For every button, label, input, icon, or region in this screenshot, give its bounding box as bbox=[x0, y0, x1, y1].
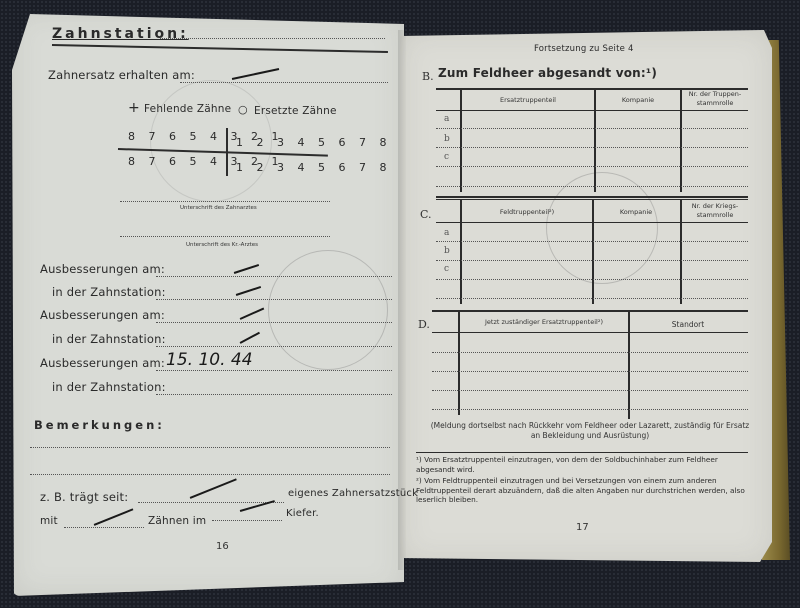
col-header-kompanie: Kompanie bbox=[596, 96, 680, 105]
table-row-a[interactable] bbox=[436, 241, 748, 242]
repair-1-field[interactable] bbox=[156, 276, 392, 277]
section-d-note: (Meldung dortselbst nach Rückkehr vom Fe… bbox=[430, 421, 750, 441]
lower-right-teeth: 1 2 3 4 5 6 7 8 bbox=[236, 161, 391, 174]
table-row-a[interactable] bbox=[436, 128, 748, 129]
table-row-extra[interactable] bbox=[436, 298, 748, 299]
section-d-letter: D. bbox=[418, 318, 430, 331]
table-row-extra[interactable] bbox=[436, 186, 748, 187]
col-header-ersatztruppenteil: Jetzt zuständiger Ersatztruppenteil²) bbox=[460, 318, 628, 327]
faint-stamp-circle bbox=[546, 172, 658, 284]
table-row-c[interactable] bbox=[436, 279, 748, 280]
dental-replacement-field[interactable] bbox=[180, 82, 388, 83]
remarks-line-2[interactable] bbox=[30, 474, 390, 475]
repair-4-label: in der Zahnstation: bbox=[52, 332, 166, 346]
table-bottom-rule bbox=[436, 196, 748, 198]
teeth-in-label: Zähnen im bbox=[148, 515, 206, 527]
row-label-b: b bbox=[444, 246, 450, 256]
row-label-c: c bbox=[444, 264, 449, 274]
repair-3-field[interactable] bbox=[156, 322, 392, 323]
footnote-1: ¹) Vom Ersatztruppenteil einzutragen, vo… bbox=[416, 455, 754, 474]
repair-2-field[interactable] bbox=[156, 299, 392, 300]
repair-6-field[interactable] bbox=[156, 394, 392, 395]
repair-3-label: Ausbesserungen am: bbox=[40, 308, 165, 322]
dental-replacement-label: Zahnersatz erhalten am: bbox=[48, 68, 195, 82]
section-d-top-rule bbox=[432, 310, 748, 312]
col-header-kriegsstammrolle: Nr. der Kriegs-stammrolle bbox=[684, 202, 746, 220]
jaw-field[interactable] bbox=[212, 520, 282, 521]
with-label: mit bbox=[40, 515, 58, 527]
section-b-letter: B. bbox=[422, 70, 434, 83]
table-header-rule bbox=[436, 110, 748, 111]
repair-5-field[interactable] bbox=[156, 370, 392, 371]
table-row-4[interactable] bbox=[432, 409, 748, 410]
footnote-rule bbox=[416, 452, 748, 453]
repair-1-label: Ausbesserungen am: bbox=[40, 262, 165, 276]
col-header-ersatztruppenteil: Ersatztruppenteil bbox=[462, 96, 594, 105]
table-header-rule bbox=[432, 332, 748, 333]
repair-2-label: in der Zahnstation: bbox=[52, 285, 166, 299]
doctor-signature-field[interactable] bbox=[120, 236, 330, 237]
row-label-a: a bbox=[444, 228, 449, 238]
dentist-signature-field[interactable] bbox=[120, 201, 330, 202]
col-header-standort: Standort bbox=[630, 320, 746, 329]
table-row-2[interactable] bbox=[432, 371, 748, 372]
missing-teeth-symbol: + bbox=[128, 100, 140, 116]
zahnstation-field[interactable] bbox=[160, 38, 385, 39]
own-prosthesis-label: eigenes Zahnersatzstück bbox=[288, 488, 418, 499]
replaced-teeth-label: Ersetzte Zähne bbox=[254, 105, 337, 117]
row-label-b: b bbox=[444, 134, 450, 144]
dentist-signature-caption: Unterschrift des Zahnarztes bbox=[180, 205, 257, 211]
table-row-c[interactable] bbox=[436, 166, 748, 167]
tooth-count-field[interactable] bbox=[64, 527, 144, 528]
row-label-a: a bbox=[444, 114, 449, 124]
repair-5-date-handwritten: 15. 10. 44 bbox=[166, 350, 253, 370]
col-header-stammrolle: Nr. der Truppen-stammrolle bbox=[684, 90, 746, 108]
col-header-feldtruppenteil: Feldtruppenteil²) bbox=[462, 208, 592, 217]
section-b-title: Zum Feldheer abgesandt von:¹) bbox=[438, 66, 657, 80]
remarks-line-1[interactable] bbox=[30, 447, 390, 448]
page-number-17: 17 bbox=[576, 522, 589, 533]
section-c-letter: C. bbox=[420, 208, 432, 221]
table-row-b[interactable] bbox=[436, 147, 748, 148]
replaced-teeth-symbol: ○ bbox=[238, 103, 248, 116]
table-row-b[interactable] bbox=[436, 260, 748, 261]
row-label-c: c bbox=[444, 152, 449, 162]
doctor-signature-caption: Unterschrift des Kr.-Arztes bbox=[186, 242, 258, 248]
missing-teeth-label: Fehlende Zähne bbox=[144, 103, 231, 115]
table-row-3[interactable] bbox=[432, 390, 748, 391]
table-row-1[interactable] bbox=[432, 352, 748, 353]
upper-right-teeth: 1 2 3 4 5 6 7 8 bbox=[236, 136, 391, 149]
zahnstation-title: Zahnstation: bbox=[52, 26, 189, 42]
footnote-2: ²) Vom Feldtruppenteil einzutragen und b… bbox=[416, 476, 754, 505]
table-col-divider bbox=[680, 88, 682, 192]
repair-5-label: Ausbesserungen am: bbox=[40, 356, 165, 370]
remarks-label: Bemerkungen: bbox=[34, 418, 165, 432]
wears-since-label: z. B. trägt seit: bbox=[40, 490, 128, 504]
tooth-chart-vertical-rule bbox=[226, 128, 228, 176]
jaw-label: Kiefer. bbox=[286, 508, 319, 519]
table-col-divider bbox=[680, 200, 682, 304]
col-header-kompanie: Kompanie bbox=[594, 208, 678, 217]
faint-stamp-circle bbox=[268, 250, 388, 370]
page-number-16: 16 bbox=[216, 541, 229, 552]
repair-4-field[interactable] bbox=[156, 346, 392, 347]
continuation-heading: Fortsetzung zu Seite 4 bbox=[534, 44, 634, 54]
repair-6-label: in der Zahnstation: bbox=[52, 380, 166, 394]
